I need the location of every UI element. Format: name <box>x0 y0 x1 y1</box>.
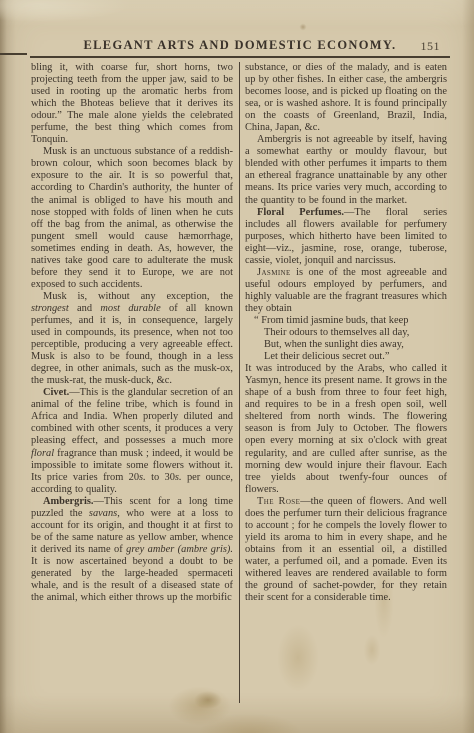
running-title: ELEGANT ARTS AND DOMESTIC ECONOMY. <box>30 38 450 53</box>
floral-perfumes-heading: Floral Perfumes. <box>257 207 344 218</box>
column-divider <box>239 62 240 703</box>
poem-line: But, when the sunlight dies away, <box>245 339 447 351</box>
poem-line: “ From timid jasmine buds, that keep <box>245 315 447 327</box>
right-column: substance, or dies of the malady, and is… <box>245 62 447 703</box>
paragraph-jasmine-cultivation: It was introduced by the Arabs, who call… <box>245 363 447 496</box>
seg: bling it, with coarse fur, short horns, … <box>31 62 233 145</box>
paragraph-musk-strength: Musk is, without any exception, the stro… <box>31 291 233 387</box>
header-rule <box>30 56 450 58</box>
page-number: 151 <box>421 39 441 54</box>
text-columns: bling it, with coarse fur, short horns, … <box>31 62 447 703</box>
seg: It was introduced by the Arabs, who call… <box>245 363 447 494</box>
page-header: ELEGANT ARTS AND DOMESTIC ECONOMY. 151 <box>30 38 450 56</box>
seg: Musk is, without any exception, the <box>43 291 233 302</box>
poem-jasmine: “ From timid jasmine buds, that keep The… <box>245 315 447 363</box>
seg-italic: floral <box>31 448 54 459</box>
rose-heading: The Rose <box>257 496 300 507</box>
paragraph-musk-description: Musk is an unctuous substance of a reddi… <box>31 146 233 291</box>
seg: to 30 <box>146 472 175 483</box>
seg: It is now ascertained beyond a doubt to … <box>31 556 233 603</box>
poem-line: Their odours to themselves all day, <box>245 327 447 339</box>
seg: substance, or dies of the malady, and is… <box>245 62 447 133</box>
ambergris-heading: Ambergris. <box>43 496 94 507</box>
paragraph-rose: The Rose—the queen of flowers. And well … <box>245 496 447 604</box>
seg-italic: strongest <box>31 303 69 314</box>
seg-italic: savans <box>89 508 117 519</box>
jasmine-heading: Jasmine <box>257 267 291 278</box>
book-page: ELEGANT ARTS AND DOMESTIC ECONOMY. 151 b… <box>0 0 474 733</box>
seg: Musk is an unctuous substance of a reddi… <box>31 146 233 290</box>
seg: Ambergris is not agreeable by itself, ha… <box>245 134 447 205</box>
seg-italic: s. <box>139 472 146 483</box>
paragraph-ambergris: Ambergris.—This scent for a long time pu… <box>31 496 233 604</box>
seg-italic: s. <box>175 472 182 483</box>
paragraph-ambergris-continued: substance, or dies of the malady, and is… <box>245 62 447 134</box>
poem-line: Let their delicious secret out.” <box>245 351 447 363</box>
paragraph-ambergris-usage: Ambergris is not agreeable by itself, ha… <box>245 134 447 206</box>
paragraph-jasmine: Jasmine is one of the most agreeable and… <box>245 267 447 315</box>
seg: and <box>69 303 101 314</box>
seg-italic: most durable <box>100 303 160 314</box>
paragraph-musk-deer-continued: bling it, with coarse fur, short horns, … <box>31 62 233 146</box>
header-rule-left-dash <box>0 53 27 55</box>
seg: of all known perfumes, and it is, in con… <box>31 303 233 386</box>
seg: —the queen of flowers. And well does the… <box>245 496 447 603</box>
left-column: bling it, with coarse fur, short horns, … <box>31 62 233 703</box>
paragraph-civet: Civet.—This is the glandular secretion o… <box>31 387 233 495</box>
seg-italic: grey amber (ambre gris). <box>126 544 233 555</box>
paragraph-floral-perfumes: Floral Perfumes.—The floral series inclu… <box>245 207 447 267</box>
civet-heading: Civet. <box>43 387 69 398</box>
